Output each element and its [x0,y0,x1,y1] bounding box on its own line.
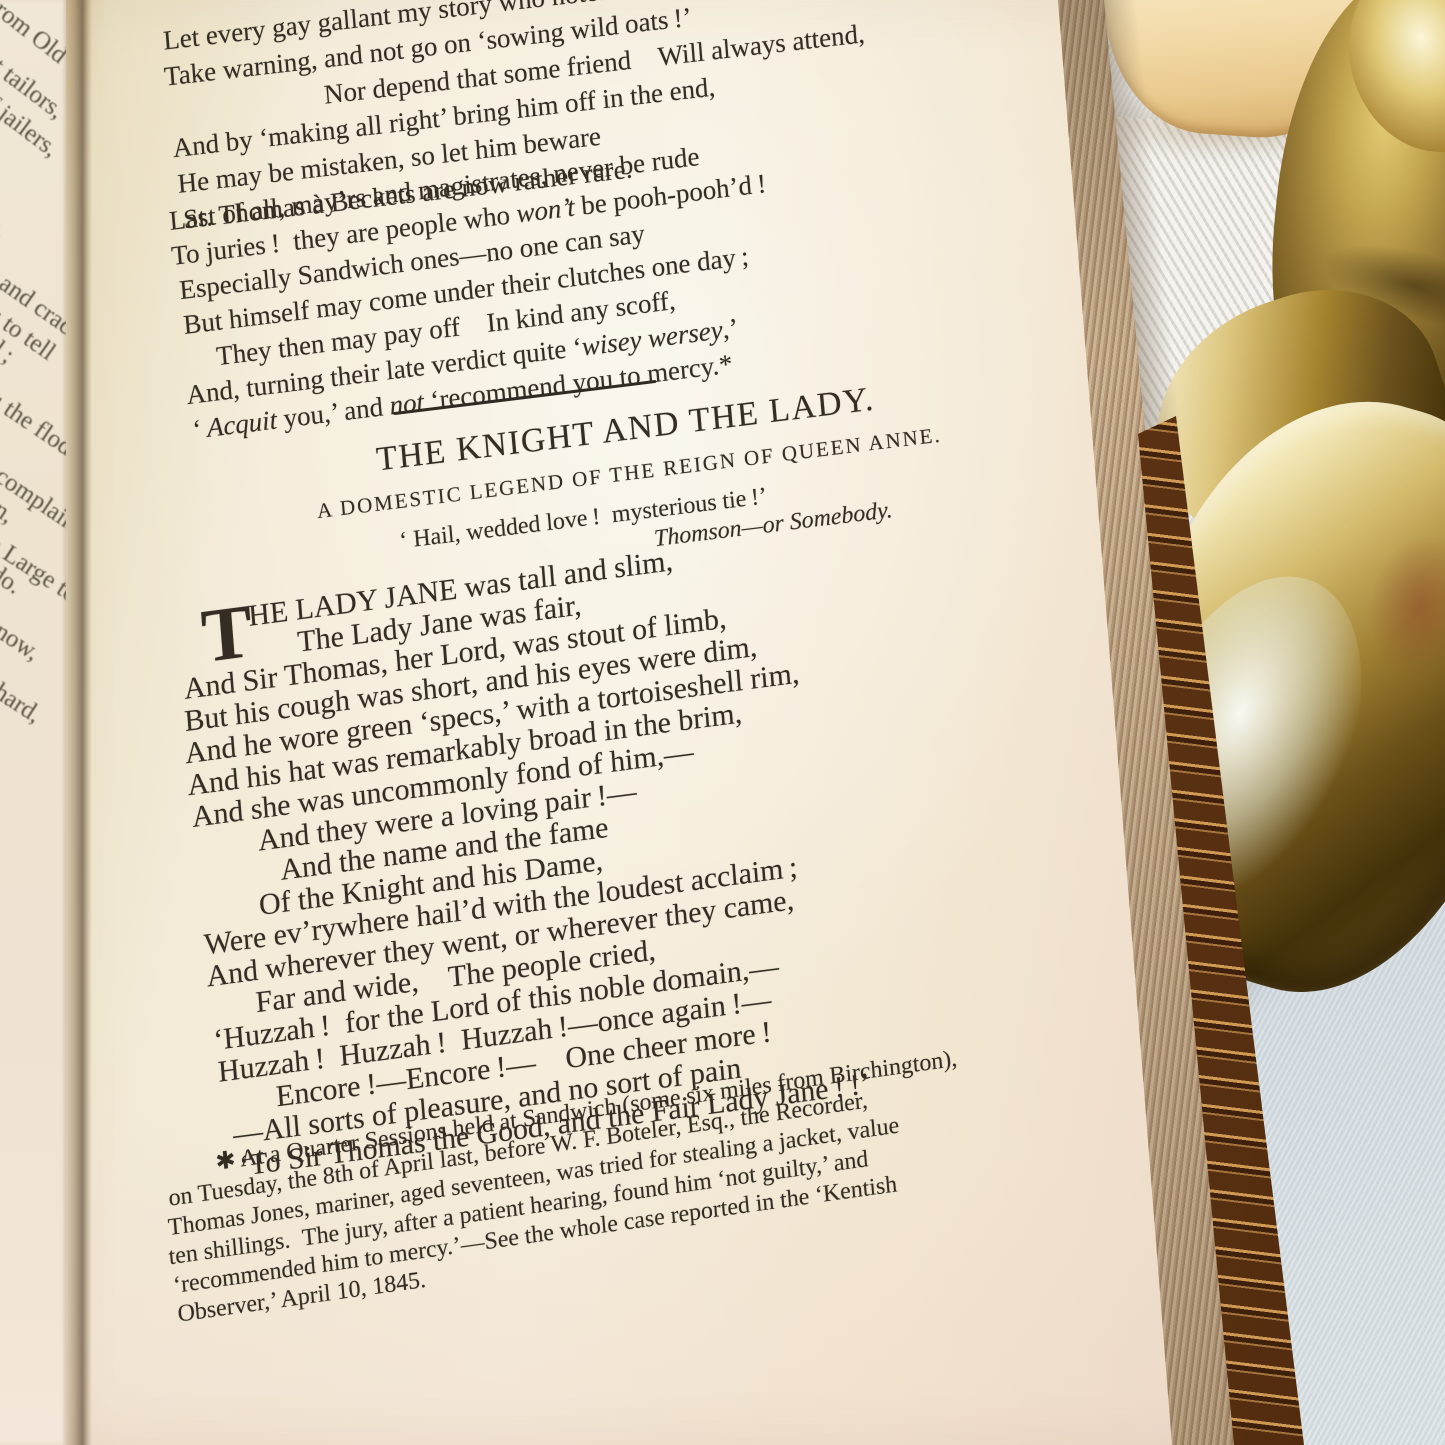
facing-page-edge: rom Oldeet tailors,of jailers,e,ng and c… [0,0,70,1445]
drop-cap: T [199,599,254,670]
left-page-text-fragment: ou the flod [0,378,70,462]
left-page-text-fragment: h hard, [0,668,46,729]
gutter-shadow [62,0,92,1445]
line-text: ,’ [721,313,739,345]
left-page-text-fragment: e, [0,212,12,245]
photo-of-open-book: { "palette":{ "paper":"#f3ebd8","ink":"#… [0,0,1445,1445]
line-text: won’t [515,192,576,229]
left-page-text-fragment: re complaini [0,448,70,541]
left-page-text-fragment: e now, [0,608,45,667]
